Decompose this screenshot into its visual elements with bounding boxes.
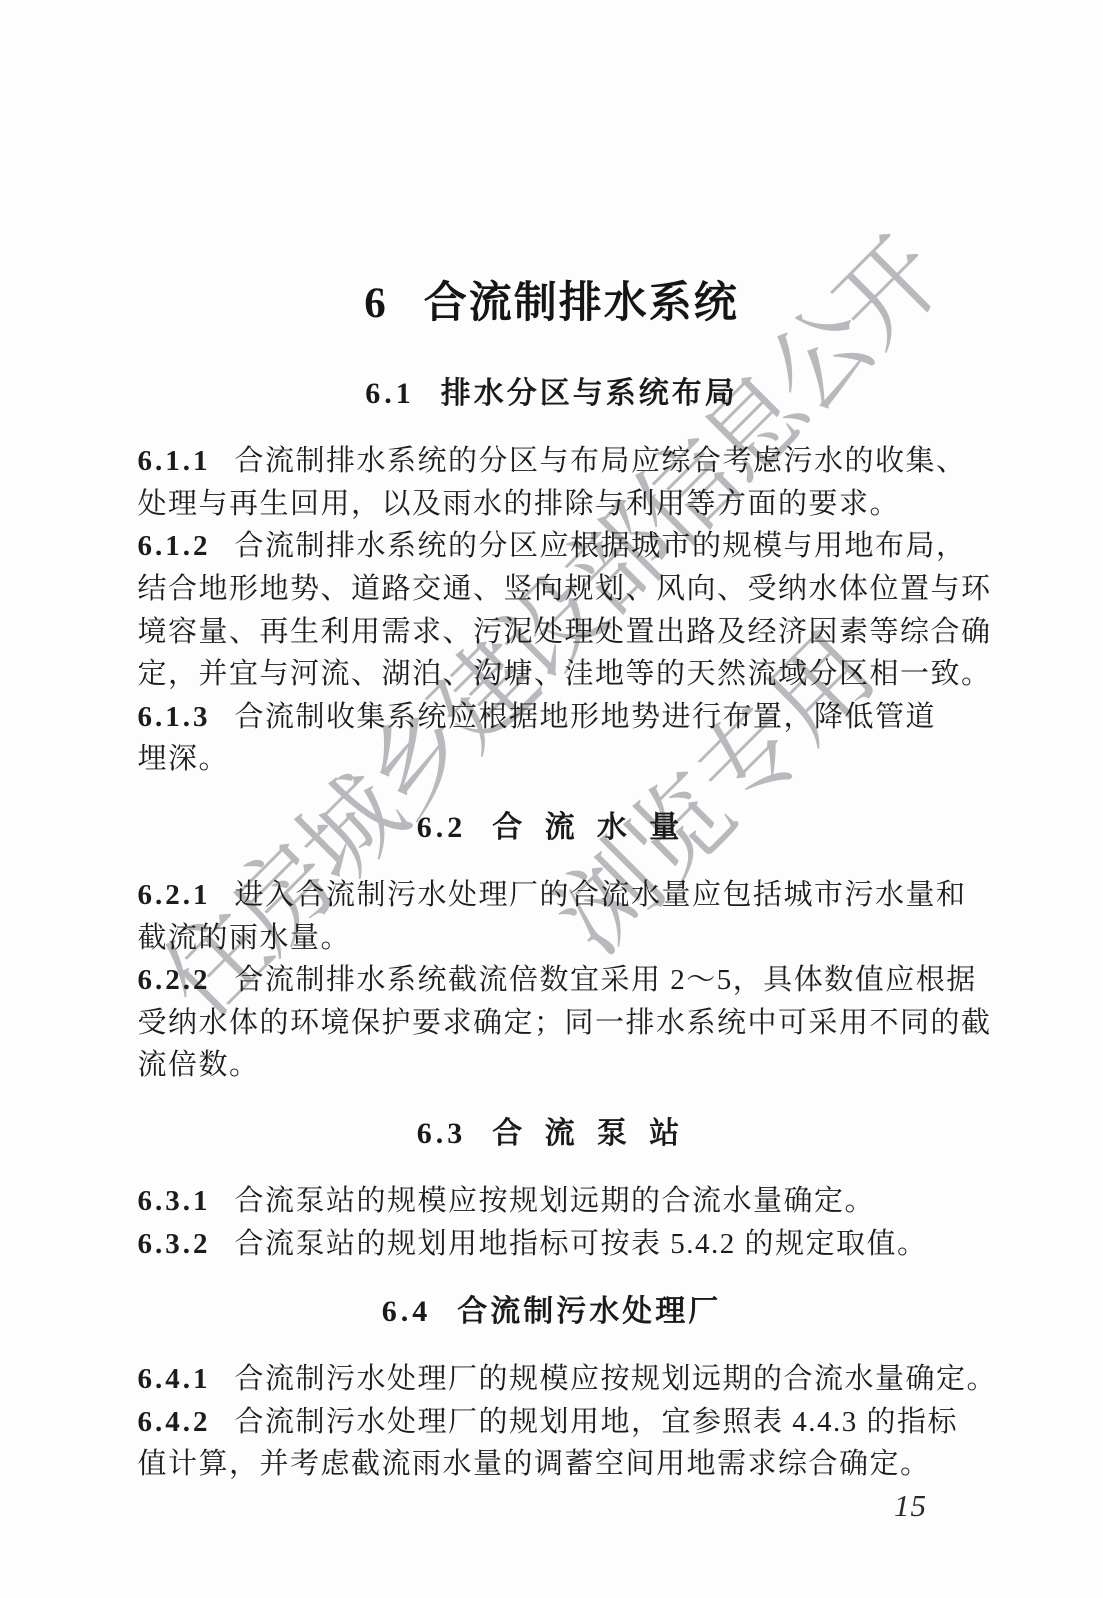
section-number: 6.4 — [382, 1295, 432, 1328]
section-heading-6.3: 6.3合 流 泵 站 — [138, 1117, 966, 1150]
section-6.1: 6.1排水分区与系统布局6.1.1合流制排水系统的分区与布局应综合考虑污水的收集… — [138, 377, 966, 781]
clause-number: 6.3.2 — [138, 1228, 211, 1260]
clause-line: 6.1.2合流制排水系统的分区应根据城市的规模与用地布局， — [138, 525, 966, 568]
section-number: 6.2 — [417, 811, 467, 844]
clause-line: 流倍数。 — [138, 1044, 966, 1087]
clause-number: 6.1.1 — [138, 445, 211, 477]
clause-line-text: 结合地形地势、道路交通、竖向规划、风向、受纳水体位置与环 — [138, 573, 992, 605]
section-heading-6.4: 6.4合流制污水处理厂 — [138, 1295, 966, 1328]
clause-line: 6.2.2合流制排水系统截流倍数宜采用 2～5，具体数值应根据 — [138, 959, 966, 1002]
section-title-text: 合流制污水处理厂 — [457, 1295, 721, 1328]
section-6.4: 6.4合流制污水处理厂6.4.1合流制污水处理厂的规模应按规划远期的合流水量确定… — [138, 1295, 966, 1486]
clause-line-text: 合流制排水系统截流倍数宜采用 2～5，具体数值应根据 — [235, 964, 977, 996]
section-title-text: 合 流 水 量 — [492, 811, 686, 844]
section-title-text: 合 流 泵 站 — [492, 1117, 686, 1150]
clause-number: 6.4.2 — [138, 1406, 211, 1438]
clause-line-text: 合流泵站的规划用地指标可按表 5.4.2 的规定取值。 — [235, 1228, 928, 1260]
clause-number: 6.3.1 — [138, 1185, 211, 1217]
clause-line: 6.3.2合流泵站的规划用地指标可按表 5.4.2 的规定取值。 — [138, 1223, 966, 1266]
section-number: 6.1 — [365, 377, 415, 410]
section-heading-6.2: 6.2合 流 水 量 — [138, 811, 966, 844]
clause-line-text: 合流制污水处理厂的规模应按规划远期的合流水量确定。 — [235, 1363, 998, 1395]
page-content: 6合流制排水系统 6.1排水分区与系统布局6.1.1合流制排水系统的分区与布局应… — [138, 280, 966, 1486]
chapter-title-text: 合流制排水系统 — [424, 280, 739, 327]
clause-6.3.2: 6.3.2合流泵站的规划用地指标可按表 5.4.2 的规定取值。 — [138, 1223, 966, 1266]
clause-line-text: 值计算，并考虑截流雨水量的调蓄空间用地需求综合确定。 — [138, 1448, 931, 1480]
clause-line: 截流的雨水量。 — [138, 917, 966, 960]
clause-line-text: 合流制污水处理厂的规划用地，宜参照表 4.4.3 的指标 — [235, 1406, 959, 1438]
section-6.2: 6.2合 流 水 量6.2.1进入合流制污水处理厂的合流水量应包括城市污水量和截… — [138, 811, 966, 1087]
document-page: 住房城乡建设部信息公开 浏览专用 6合流制排水系统 6.1排水分区与系统布局6.… — [0, 0, 1103, 1598]
clause-6.1.3: 6.1.3合流制收集系统应根据地形地势进行布置，降低管道埋深。 — [138, 696, 966, 781]
section-title-text: 排水分区与系统布局 — [441, 377, 738, 410]
clause-line-text: 合流制排水系统的分区与布局应综合考虑污水的收集、 — [235, 445, 967, 477]
chapter-title: 6合流制排水系统 — [138, 280, 966, 327]
clause-line-text: 合流泵站的规模应按规划远期的合流水量确定。 — [235, 1185, 876, 1217]
clause-6.2.1: 6.2.1进入合流制污水处理厂的合流水量应包括城市污水量和截流的雨水量。 — [138, 874, 966, 959]
clause-line: 值计算，并考虑截流雨水量的调蓄空间用地需求综合确定。 — [138, 1443, 966, 1486]
clause-line-text: 截流的雨水量。 — [138, 922, 352, 954]
clause-line-text: 处理与再生回用，以及雨水的排除与利用等方面的要求。 — [138, 488, 901, 520]
section-heading-6.1: 6.1排水分区与系统布局 — [138, 377, 966, 410]
clause-line: 埋深。 — [138, 738, 966, 781]
clause-line: 6.1.3合流制收集系统应根据地形地势进行布置，降低管道 — [138, 696, 966, 739]
clause-number: 6.2.2 — [138, 964, 211, 996]
section-6.3: 6.3合 流 泵 站6.3.1合流泵站的规模应按规划远期的合流水量确定。6.3.… — [138, 1117, 966, 1265]
clause-line: 6.4.1合流制污水处理厂的规模应按规划远期的合流水量确定。 — [138, 1358, 966, 1401]
clause-line: 6.4.2合流制污水处理厂的规划用地，宜参照表 4.4.3 的指标 — [138, 1401, 966, 1444]
clause-6.2.2: 6.2.2合流制排水系统截流倍数宜采用 2～5，具体数值应根据受纳水体的环境保护… — [138, 959, 966, 1087]
clause-line: 定，并宜与河流、湖泊、沟塘、洼地等的天然流域分区相一致。 — [138, 653, 966, 696]
clause-line-text: 流倍数。 — [138, 1049, 260, 1081]
clause-line-text: 进入合流制污水处理厂的合流水量应包括城市污水量和 — [235, 879, 967, 911]
clause-line-text: 合流制收集系统应根据地形地势进行布置，降低管道 — [235, 701, 937, 733]
clause-6.1.1: 6.1.1合流制排水系统的分区与布局应综合考虑污水的收集、处理与再生回用，以及雨… — [138, 440, 966, 525]
clause-line: 受纳水体的环境保护要求确定；同一排水系统中可采用不同的截 — [138, 1002, 966, 1045]
chapter-number: 6 — [364, 280, 388, 327]
clause-number: 6.1.2 — [138, 530, 211, 562]
clause-6.1.2: 6.1.2合流制排水系统的分区应根据城市的规模与用地布局，结合地形地势、道路交通… — [138, 525, 966, 695]
clause-number: 6.2.1 — [138, 879, 211, 911]
clause-number: 6.4.1 — [138, 1363, 211, 1395]
clause-line: 境容量、再生利用需求、污泥处理处置出路及经济因素等综合确 — [138, 611, 966, 654]
clause-line-text: 境容量、再生利用需求、污泥处理处置出路及经济因素等综合确 — [138, 616, 992, 648]
clause-6.4.2: 6.4.2合流制污水处理厂的规划用地，宜参照表 4.4.3 的指标值计算，并考虑… — [138, 1401, 966, 1486]
clause-line: 6.2.1进入合流制污水处理厂的合流水量应包括城市污水量和 — [138, 874, 966, 917]
clause-line-text: 定，并宜与河流、湖泊、沟塘、洼地等的天然流域分区相一致。 — [138, 658, 992, 690]
clause-line-text: 埋深。 — [138, 743, 230, 775]
clause-6.4.1: 6.4.1合流制污水处理厂的规模应按规划远期的合流水量确定。 — [138, 1358, 966, 1401]
clause-line-text: 合流制排水系统的分区应根据城市的规模与用地布局， — [235, 530, 967, 562]
clause-line: 6.3.1合流泵站的规模应按规划远期的合流水量确定。 — [138, 1180, 966, 1223]
page-number: 15 — [894, 1488, 927, 1524]
section-number: 6.3 — [417, 1117, 467, 1150]
clause-line-text: 受纳水体的环境保护要求确定；同一排水系统中可采用不同的截 — [138, 1007, 992, 1039]
clause-6.3.1: 6.3.1合流泵站的规模应按规划远期的合流水量确定。 — [138, 1180, 966, 1223]
clause-line: 处理与再生回用，以及雨水的排除与利用等方面的要求。 — [138, 483, 966, 526]
clause-line: 6.1.1合流制排水系统的分区与布局应综合考虑污水的收集、 — [138, 440, 966, 483]
clause-number: 6.1.3 — [138, 701, 211, 733]
clause-line: 结合地形地势、道路交通、竖向规划、风向、受纳水体位置与环 — [138, 568, 966, 611]
sections-container: 6.1排水分区与系统布局6.1.1合流制排水系统的分区与布局应综合考虑污水的收集… — [138, 377, 966, 1486]
